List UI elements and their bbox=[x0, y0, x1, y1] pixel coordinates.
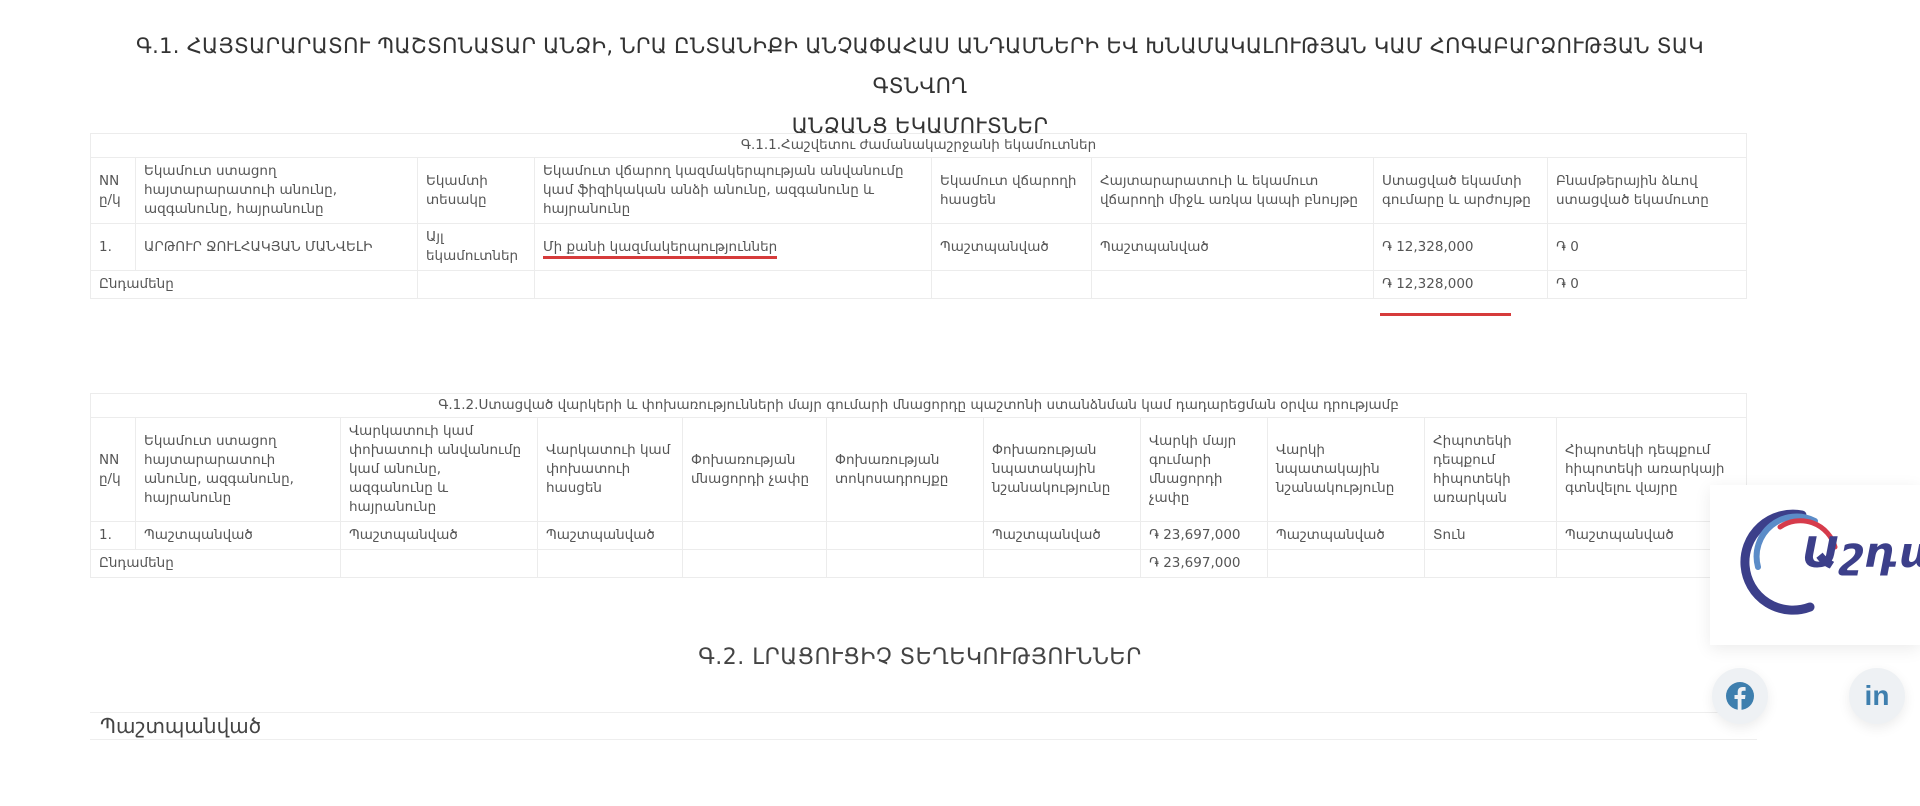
header-cell: Եկամտի տեսակը bbox=[418, 158, 535, 224]
table-header-row: NN ը/կ Եկամուտ ստացող հայտարարատուի անու… bbox=[91, 418, 1747, 522]
in-kind-income: ֏ 0 bbox=[1548, 224, 1747, 271]
section-title-income: Գ.1. ՀԱՅՏԱՐԱՐԱՏՈՒ ՊԱՇՏՈՆԱՏԱՐ ԱՆՁԻ, ՆՐԱ Ը… bbox=[90, 26, 1750, 146]
header-cell: Վարկի նպատակային նշանակությունը bbox=[1268, 418, 1425, 522]
header-cell: Եկամուտ ստացող հայտարարատուի անունը, ազգ… bbox=[136, 158, 418, 224]
payer-name-text: Մի քանի կազմակերպություններ bbox=[543, 239, 777, 259]
total-row: Ընդամենը ֏ 12,328,000 ֏ 0 bbox=[91, 271, 1747, 299]
total-row: Ընդամենը ֏ 23,697,000 bbox=[91, 550, 1747, 578]
payer-name: Մի քանի կազմակերպություններ bbox=[535, 224, 932, 271]
facebook-button[interactable] bbox=[1712, 668, 1768, 724]
additional-info-content: Պաշտպանված bbox=[90, 712, 1757, 740]
header-cell: Փոխառության տոկոսադրույքը bbox=[827, 418, 984, 522]
mortgage-subject: Տուն bbox=[1425, 522, 1557, 550]
header-cell: Եկամուտ վճարող կազմակերպության անվանումը… bbox=[535, 158, 932, 224]
total-amount: ֏ 23,697,000 bbox=[1141, 550, 1268, 578]
logo-card[interactable]: Աշդարար bbox=[1710, 485, 1920, 645]
header-cell: Վարկատուի կամ փոխատուի հասցեն bbox=[538, 418, 683, 522]
recipient-name: Պաշտպանված bbox=[136, 522, 341, 550]
section-title-additional-info: Գ.2. ԼՐԱՑՈՒՑԻՉ ՏԵՂԵԿՈՒԹՅՈՒՆՆԵՐ bbox=[90, 645, 1750, 670]
total-label: Ընդամենը bbox=[91, 271, 418, 299]
header-cell: Բնամթերային ձևով ստացված եկամուտը bbox=[1548, 158, 1747, 224]
payer-address: Պաշտպանված bbox=[932, 224, 1092, 271]
relationship: Պաշտպանված bbox=[1092, 224, 1374, 271]
loans-table: Գ.1.2.Ստացված վարկերի և փոխառությունների… bbox=[90, 393, 1747, 578]
section-title-line1: Գ.1. ՀԱՅՏԱՐԱՐԱՏՈՒ ՊԱՇՏՈՆԱՏԱՐ ԱՆՁԻ, ՆՐԱ Ը… bbox=[90, 26, 1750, 106]
loan-purpose: Պաշտպանված bbox=[1268, 522, 1425, 550]
table-caption: Գ.1.1.Հաշվետու ժամանակաշրջանի եկամուտներ bbox=[91, 134, 1747, 158]
header-cell: Հայտարարատուի և եկամուտ վճարողի միջև առկ… bbox=[1092, 158, 1374, 224]
table-header-row: NN ը/կ Եկամուտ ստացող հայտարարատուի անու… bbox=[91, 158, 1747, 224]
income-type: Այլ եկամուտներ bbox=[418, 224, 535, 271]
income-table: Գ.1.1.Հաշվետու ժամանակաշրջանի եկամուտներ… bbox=[90, 133, 1747, 299]
header-cell: Եկամուտ վճարողի հասցեն bbox=[932, 158, 1092, 224]
table-caption: Գ.1.2.Ստացված վարկերի և փոխառությունների… bbox=[91, 394, 1747, 418]
header-cell: NN ը/կ bbox=[91, 158, 136, 224]
total-amount: ֏ 12,328,000 bbox=[1374, 271, 1548, 299]
header-cell: Փոխառության նպատակային նշանակությունը bbox=[984, 418, 1141, 522]
loan-balance: ֏ 23,697,000 bbox=[1141, 522, 1268, 550]
total-in-kind: ֏ 0 bbox=[1548, 271, 1747, 299]
income-amount: ֏ 12,328,000 bbox=[1374, 224, 1548, 271]
recipient-name: ԱՐԹՈՒՐ ՋՈՒԼՀԱԿՅԱՆ ՄԱՆՎԵԼԻ bbox=[136, 224, 418, 271]
logo-text: Աշդարար bbox=[1802, 528, 1920, 577]
borrowing-rate bbox=[827, 522, 984, 550]
header-cell: NN ը/կ bbox=[91, 418, 136, 522]
total-label: Ընդամենը bbox=[91, 550, 341, 578]
borrowing-purpose: Պաշտպանված bbox=[984, 522, 1141, 550]
facebook-icon bbox=[1725, 681, 1755, 711]
table-row: 1. Պաշտպանված Պաշտպանված Պաշտպանված Պաշտ… bbox=[91, 522, 1747, 550]
header-cell: Հիպոտեկի դեպքում հիպոտեկի առարկան bbox=[1425, 418, 1557, 522]
header-cell: Ստացված եկամտի գումարը և արժույթը bbox=[1374, 158, 1548, 224]
header-cell: Փոխառության մնացորդի չափը bbox=[683, 418, 827, 522]
borrowing-balance bbox=[683, 522, 827, 550]
row-number: 1. bbox=[91, 224, 136, 271]
lender-address: Պաշտպանված bbox=[538, 522, 683, 550]
red-underline-annotation bbox=[1380, 313, 1511, 316]
header-cell: Եկամուտ ստացող հայտարարատուի անունը, ազգ… bbox=[136, 418, 341, 522]
linkedin-button[interactable]: in bbox=[1849, 668, 1905, 724]
header-cell: Վարկատուի կամ փոխատուի անվանումը կամ անո… bbox=[341, 418, 538, 522]
lender-name: Պաշտպանված bbox=[341, 522, 538, 550]
header-cell: Վարկի մայր գումարի մնացորդի չափը bbox=[1141, 418, 1268, 522]
table-row: 1. ԱՐԹՈՒՐ ՋՈՒԼՀԱԿՅԱՆ ՄԱՆՎԵԼԻ Այլ եկամուտ… bbox=[91, 224, 1747, 271]
linkedin-icon: in bbox=[1865, 680, 1890, 712]
row-number: 1. bbox=[91, 522, 136, 550]
